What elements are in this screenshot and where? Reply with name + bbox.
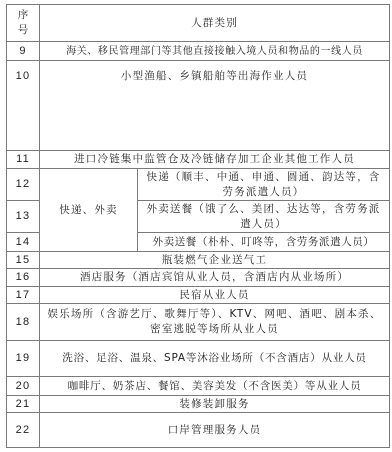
table-row: 18 娱乐场所（含游艺厅、歌舞厅等）、KTV、网吧、酒吧、剧本杀、密室逃脱等场所… [7, 304, 390, 341]
crowd-category-table: 序号 人群类别 9 海关、移民管理部门等其他直接接触入境人员和物品的一线人员 1… [6, 4, 390, 448]
row-category: 海关、移民管理部门等其他直接接触入境人员和物品的一线人员 [40, 42, 390, 61]
row-category: 装修装卸服务 [40, 396, 390, 413]
row-category: 洗浴、足浴、温泉、SPA等沐浴业场所（不含酒店）从业人员 [40, 341, 390, 377]
row-category: 快递（顺丰、中通、申通、圆通、韵达等，含劳务派遣人员） [138, 169, 390, 201]
row-category: 进口冷链集中监管仓及冷链储存加工企业其他工作人员 [40, 151, 390, 169]
row-category: 娱乐场所（含游艺厅、歌舞厅等）、KTV、网吧、酒吧、剧本杀、密室逃脱等场所从业人… [40, 304, 390, 341]
table-row: 9 海关、移民管理部门等其他直接接触入境人员和物品的一线人员 [7, 42, 390, 61]
table-row: 12 快递、外卖 快递（顺丰、中通、申通、圆通、韵达等，含劳务派遣人员） [7, 169, 390, 201]
row-number: 15 [7, 252, 40, 269]
row-number: 19 [7, 341, 40, 377]
row-category: 小型渔船、乡镇船舶等出海作业人员 [40, 61, 390, 151]
table-row: 11 进口冷链集中监管仓及冷链储存加工企业其他工作人员 [7, 151, 390, 169]
table-row: 10 小型渔船、乡镇船舶等出海作业人员 [7, 61, 390, 151]
row-category: 民宿从业人员 [40, 287, 390, 304]
row-number: 13 [7, 201, 40, 233]
row-number: 21 [7, 396, 40, 413]
table-row: 15 瓶装燃气企业送气工 [7, 252, 390, 269]
row-number: 22 [7, 413, 40, 448]
group-label-express-delivery: 快递、外卖 [40, 169, 138, 252]
row-number: 17 [7, 287, 40, 304]
header-serial-number: 序号 [7, 5, 40, 42]
row-number: 10 [7, 61, 40, 151]
row-category: 酒店服务（酒店宾馆从业人员，含酒店内从业场所） [40, 269, 390, 287]
header-category: 人群类别 [40, 5, 390, 42]
row-number: 14 [7, 233, 40, 252]
row-category: 外卖送餐（饿了么、美团、达达等，含劳务派遣人员） [138, 201, 390, 233]
table-header-row: 序号 人群类别 [7, 5, 390, 42]
row-category: 咖啡厅、奶茶店、餐馆、美容美发（不含医美）等从业人员 [40, 377, 390, 396]
row-category: 外卖送餐（朴朴、叮咚等，含劳务派遣人员） [138, 233, 390, 252]
row-number: 18 [7, 304, 40, 341]
table-row: 22 口岸管理服务人员 [7, 413, 390, 448]
row-category: 口岸管理服务人员 [40, 413, 390, 448]
table-row: 20 咖啡厅、奶茶店、餐馆、美容美发（不含医美）等从业人员 [7, 377, 390, 396]
table-row: 21 装修装卸服务 [7, 396, 390, 413]
row-category: 瓶装燃气企业送气工 [40, 252, 390, 269]
row-number: 12 [7, 169, 40, 201]
table-row: 19 洗浴、足浴、温泉、SPA等沐浴业场所（不含酒店）从业人员 [7, 341, 390, 377]
row-number: 16 [7, 269, 40, 287]
row-number: 9 [7, 42, 40, 61]
row-number: 20 [7, 377, 40, 396]
table-row: 16 酒店服务（酒店宾馆从业人员，含酒店内从业场所） [7, 269, 390, 287]
table-row: 17 民宿从业人员 [7, 287, 390, 304]
row-number: 11 [7, 151, 40, 169]
